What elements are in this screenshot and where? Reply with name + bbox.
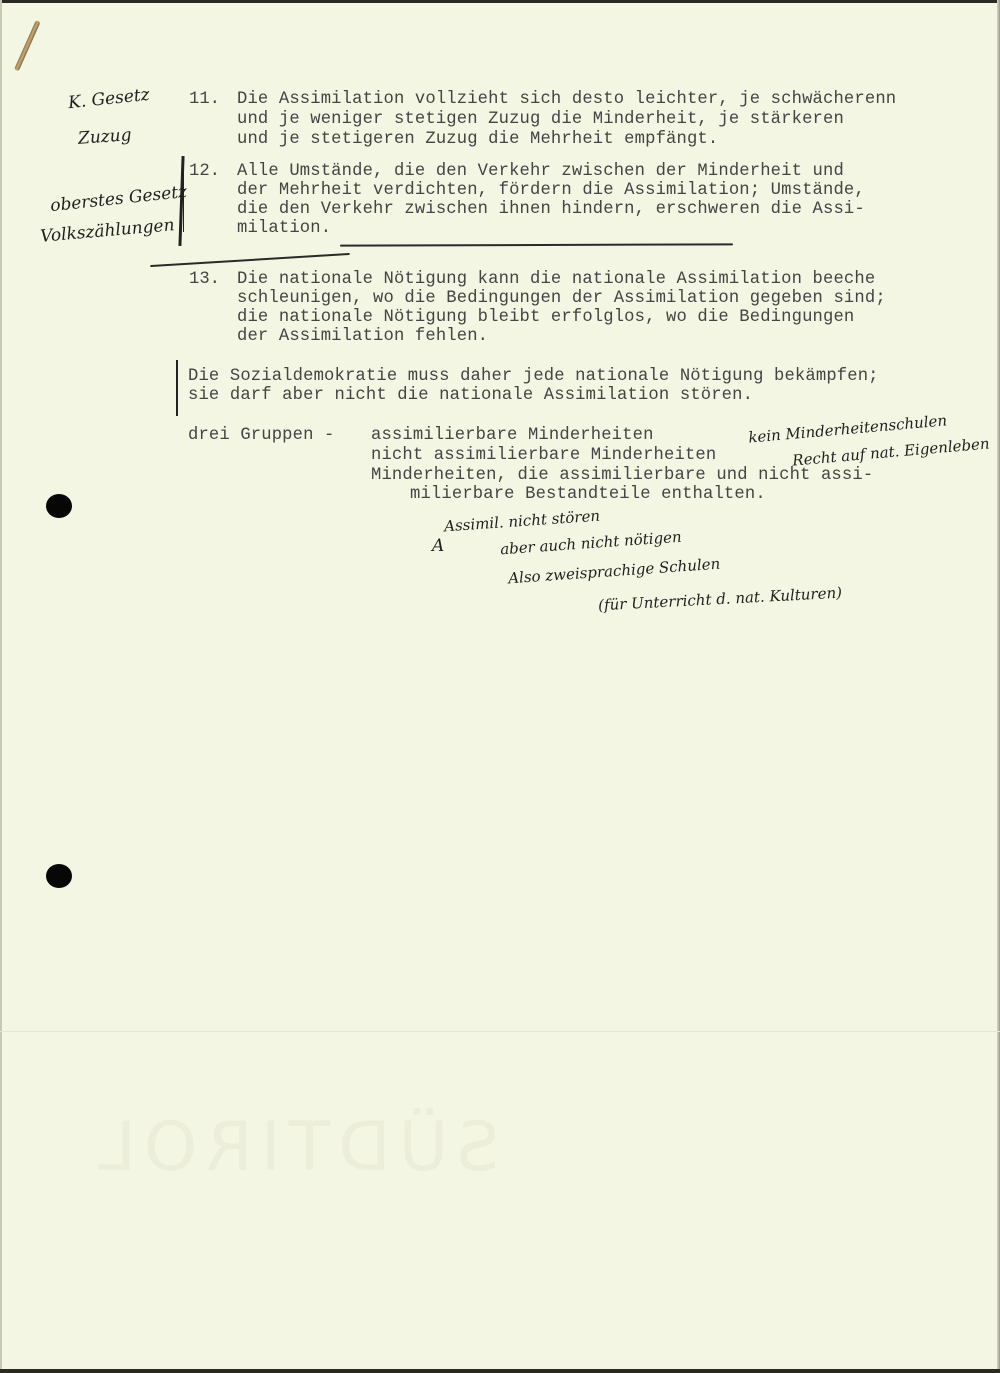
paragraph-13-line: der Assimilation fehlen. bbox=[237, 327, 488, 347]
handwritten-margin-note: oberstes Gesetz bbox=[49, 181, 188, 217]
handwritten-margin-note: Volkszählungen bbox=[39, 214, 175, 248]
paragraph-12-line: milation. bbox=[237, 219, 331, 239]
scan-edge-bottom bbox=[0, 1369, 1000, 1373]
paragraph-11-line: Die Assimilation vollzieht sich desto le… bbox=[237, 90, 896, 110]
handwritten-note: aber auch nicht nötigen bbox=[500, 528, 683, 559]
paragraph-13-line: Die nationale Nötigung kann die national… bbox=[237, 270, 875, 290]
paper-fold-line bbox=[0, 1031, 1000, 1032]
paragraph-number: 12. bbox=[189, 162, 220, 182]
paragraph-12-line: der Mehrheit verdichten, fördern die Ass… bbox=[237, 181, 865, 201]
handwritten-mark: A bbox=[432, 536, 444, 556]
paragraph-13-line: schleunigen, wo die Bedingungen der Assi… bbox=[237, 289, 886, 309]
staple-icon bbox=[14, 20, 41, 71]
handwritten-margin-note: Zuzug bbox=[77, 124, 132, 150]
handdrawn-separator-line bbox=[340, 243, 733, 246]
handwritten-note: (für Unterricht d. nat. Kulturen) bbox=[598, 584, 843, 615]
group-item: assimilierbare Minderheiten bbox=[371, 426, 654, 446]
group-item: nicht assimilierbare Minderheiten bbox=[371, 446, 716, 466]
groups-lead: drei Gruppen - bbox=[188, 426, 335, 446]
paragraph-12-line: Alle Umstände, die den Verkehr zwischen … bbox=[237, 162, 844, 182]
handwritten-note: Assimil. nicht stören bbox=[444, 507, 601, 536]
paragraph-11-line: und je stetigeren Zuzug die Mehrheit emp… bbox=[237, 130, 718, 150]
scan-edge-top bbox=[0, 0, 1000, 3]
document-page: SÜDTIROL 11. Die Assimilation vollzieht … bbox=[0, 0, 1000, 1373]
margin-bracket-mark bbox=[176, 360, 178, 416]
conclusion-line: Die Sozialdemokratie muss daher jede nat… bbox=[188, 367, 879, 387]
handwritten-note: Also zweisprachige Schulen bbox=[508, 555, 721, 588]
bleed-through-text: SÜDTIROL bbox=[90, 1108, 500, 1187]
handdrawn-separator-line bbox=[150, 253, 350, 267]
paragraph-11-line: und je weniger stetigen Zuzug die Minder… bbox=[237, 110, 844, 130]
scan-edge-left bbox=[0, 0, 2, 1373]
punch-hole-icon bbox=[46, 494, 72, 518]
paragraph-12-line: die den Verkehr zwischen ihnen hindern, … bbox=[237, 200, 865, 220]
punch-hole-icon bbox=[46, 864, 72, 888]
conclusion-line: sie darf aber nicht die nationale Assimi… bbox=[188, 386, 753, 406]
paragraph-13-line: die nationale Nötigung bleibt erfolglos,… bbox=[237, 308, 854, 328]
paragraph-number: 13. bbox=[189, 270, 220, 290]
group-item: milierbare Bestandteile enthalten. bbox=[410, 485, 766, 505]
paragraph-number: 11. bbox=[189, 90, 220, 110]
handwritten-margin-note: K. Gesetz bbox=[67, 84, 151, 114]
